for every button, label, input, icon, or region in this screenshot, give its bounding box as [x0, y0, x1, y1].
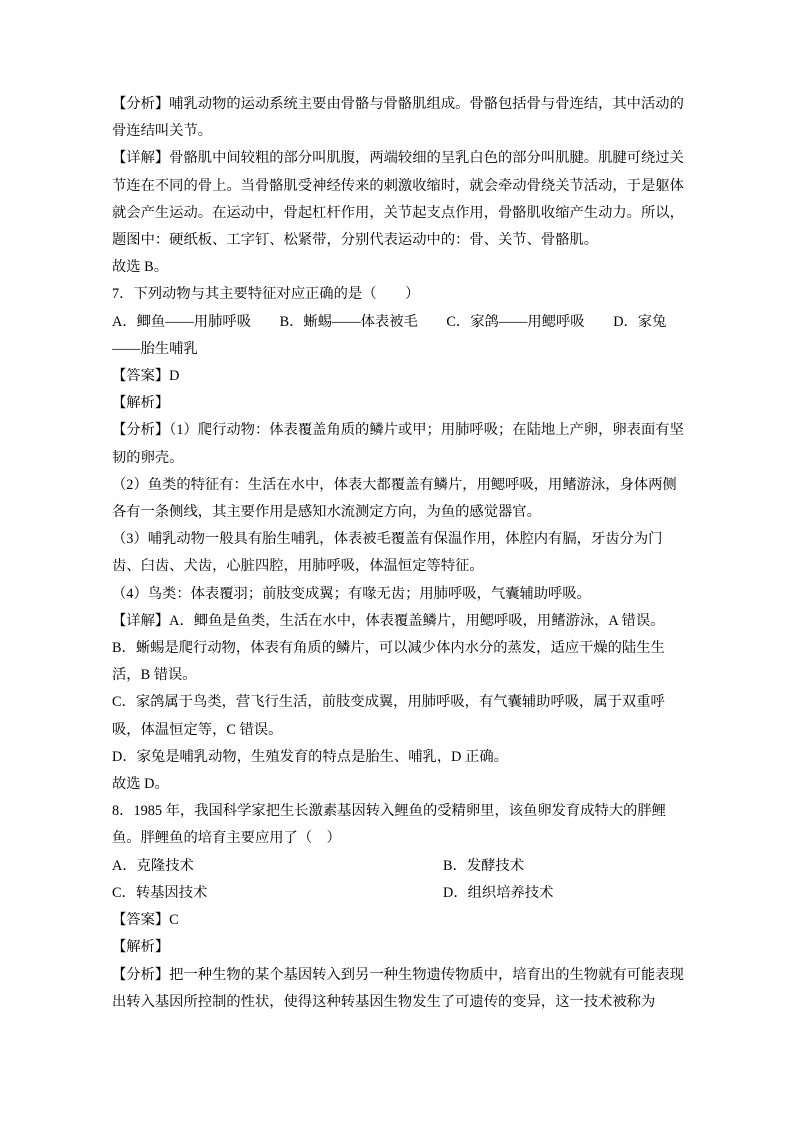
q7-analysis-point-1: 【分析】（1）爬行动物：体表覆盖角质的鳞片或甲；用肺呼吸；在陆地上产卵，卵表面有… [112, 417, 686, 471]
q8-stem: 8．1985 年，我国科学家把生长激素基因转入鲤鱼的受精卵里，该鱼卵发育成特大的… [112, 798, 686, 852]
q7-analysis-point-2: （2）鱼类的特征有：生活在水中，体表大都覆盖有鳞片，用鳃呼吸，用鳍游泳，身体两侧… [112, 472, 686, 526]
q8-options-row-2: C．转基因技术 D．组织培养技术 [112, 880, 686, 907]
q7-options-line: A．鲫鱼——用肺呼吸 B．蜥蜴——体表被毛 C．家鸽——用鳃呼吸 D．家兔——胎… [112, 309, 686, 363]
q6-analysis-paragraph: 【分析】哺乳动物的运动系统主要由骨骼与骨骼肌组成。骨骼包括骨与骨连结，其中活动的… [112, 91, 686, 145]
q7-analysis-point-4: （4）鸟类：体表覆羽；前肢变成翼；有喙无齿；用肺呼吸，气囊辅助呼吸。 [112, 581, 686, 608]
q7-analysis-point-3: （3）哺乳动物一般具有胎生哺乳，体表被毛覆盖有保温作用，体腔内有膈，牙齿分为门齿… [112, 526, 686, 580]
q7-detail-option-d: D．家兔是哺乳动物，生殖发育的特点是胎生、哺乳，D 正确。 [112, 744, 686, 771]
q8-option-c: C．转基因技术 [112, 880, 443, 907]
q8-analysis-paragraph: 【分析】把一种生物的某个基因转入到另一种生物遗传物质中，培育出的生物就有可能表现… [112, 962, 686, 1016]
q8-option-a: A．克隆技术 [112, 853, 443, 880]
q7-answer: 【答案】D [112, 363, 686, 390]
q8-option-b: B．发酵技术 [443, 853, 686, 880]
q7-detail-option-a: 【详解】A．鲫鱼是鱼类，生活在水中，体表覆盖鳞片，用鳃呼吸，用鳍游泳，A 错误。 [112, 608, 686, 635]
q7-detail-option-b: B．蜥蜴是爬行动物，体表有角质的鳞片，可以减少体内水分的蒸发，适应干燥的陆生生活… [112, 635, 686, 689]
q6-conclusion: 故选 B。 [112, 254, 686, 281]
q6-detail-paragraph: 【详解】骨骼肌中间较粗的部分叫肌腹，两端较细的呈乳白色的部分叫肌腱。肌腱可绕过关… [112, 145, 686, 254]
q8-answer: 【答案】C [112, 907, 686, 934]
document-text-block: 【分析】哺乳动物的运动系统主要由骨骼与骨骼肌组成。骨骼包括骨与骨连结，其中活动的… [112, 91, 686, 1016]
q7-detail-option-c: C．家鸽属于鸟类，营飞行生活，前肢变成翼，用肺呼吸，有气囊辅助呼吸，属于双重呼吸… [112, 689, 686, 743]
document-page: 【分析】哺乳动物的运动系统主要由骨骼与骨骼肌组成。骨骼包括骨与骨连结，其中活动的… [0, 0, 794, 1123]
q8-options-row-1: A．克隆技术 B．发酵技术 [112, 853, 686, 880]
q8-analysis-label: 【解析】 [112, 934, 686, 961]
q7-conclusion: 故选 D。 [112, 771, 686, 798]
q8-option-d: D．组织培养技术 [443, 880, 686, 907]
q7-analysis-label: 【解析】 [112, 390, 686, 417]
q7-stem: 7．下列动物与其主要特征对应正确的是（ ） [112, 281, 686, 308]
